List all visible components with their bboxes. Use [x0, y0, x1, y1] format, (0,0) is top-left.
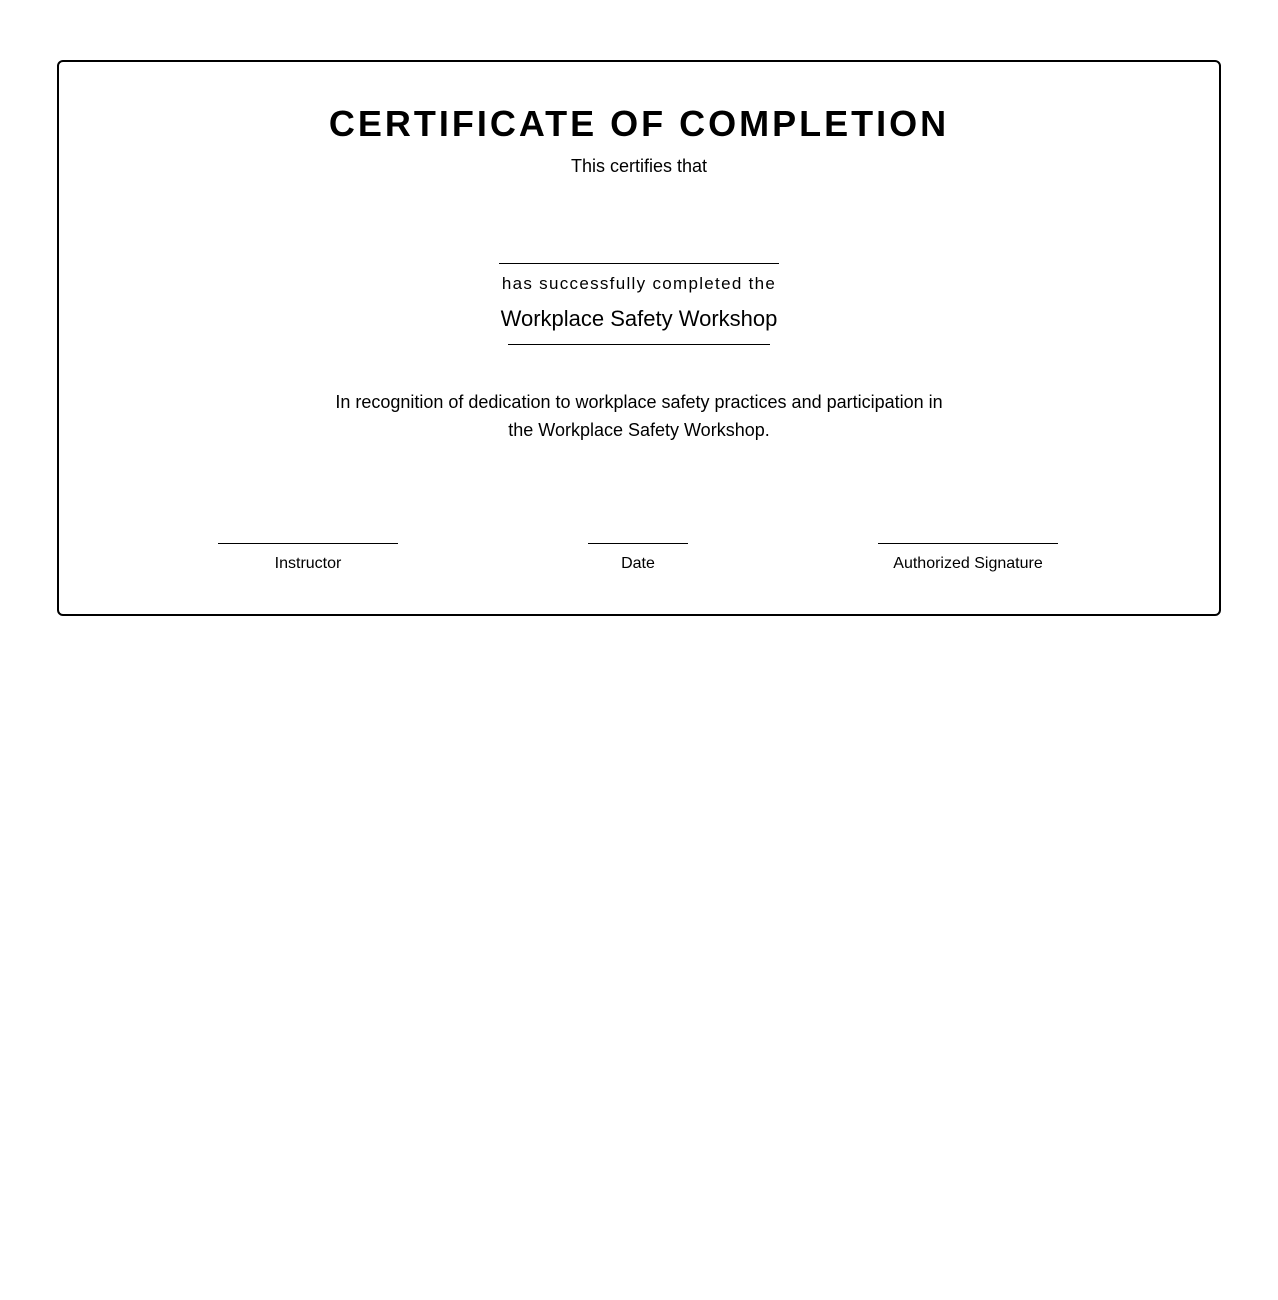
signature-block-authorized: Authorized Signature [878, 543, 1058, 574]
certificate-subtitle: This certifies that [59, 154, 1219, 178]
signature-label: Authorized Signature [878, 554, 1058, 574]
certificate-title: CERTIFICATE OF COMPLETION [59, 100, 1219, 148]
course-underline [508, 344, 770, 345]
certificate-card: CERTIFICATE OF COMPLETION This certifies… [57, 60, 1221, 616]
signature-label: Date [588, 554, 688, 574]
signature-line [588, 543, 688, 544]
completed-text: has successfully completed the [59, 273, 1219, 295]
signature-block-instructor: Instructor [218, 543, 398, 574]
recognition-text: In recognition of dedication to workplac… [329, 388, 949, 444]
signature-block-date: Date [588, 543, 688, 574]
signature-line [218, 543, 398, 544]
course-name: Workplace Safety Workshop [59, 305, 1219, 333]
recipient-name-line [499, 263, 779, 264]
signature-line [878, 543, 1058, 544]
signature-label: Instructor [218, 554, 398, 574]
